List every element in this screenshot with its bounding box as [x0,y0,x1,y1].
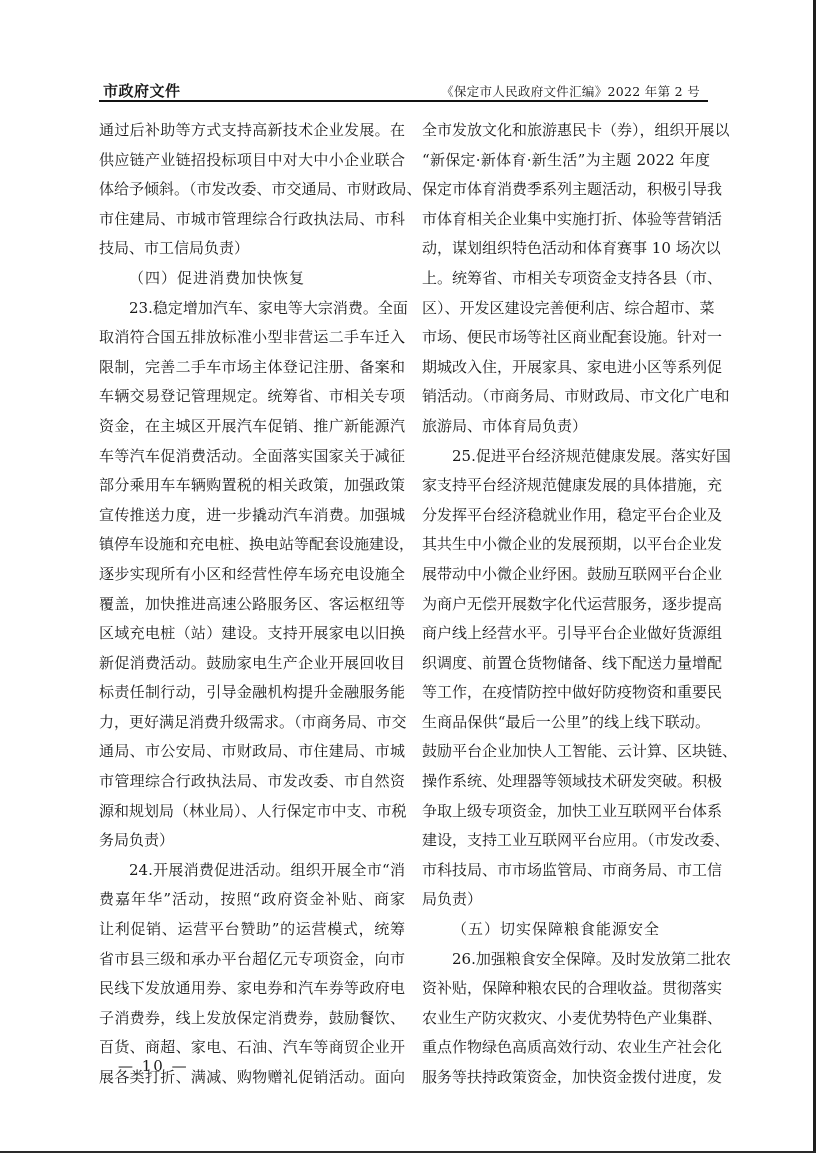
running-header: 市政府文件 《保定市人民政府文件汇编》2022 年第 2 号 [99,80,708,100]
text-line: 家支持平台经济规范健康发展的具体措施，充 [422,471,710,501]
text-line: 逐步实现所有小区和经营性停车场充电设施全 [99,560,405,590]
scan-edge-bottom [0,1151,816,1153]
text-line: 务局负责） [99,826,405,856]
text-line: 区域充电桩（站）建设。支持开展家电以旧换 [99,619,405,649]
text-line: 其共生中小微企业的发展预期，以平台企业发 [422,530,710,560]
text-line: 力，更好满足消费升级需求。（市商务局、市交 [99,708,405,738]
text-line: 省市县三级和承办平台超亿元专项资金，向市 [99,945,405,975]
text-line: 通过后补助等方式支持高新技术企业发展。在 [99,116,405,146]
text-line: 24.开展消费促进活动。组织开展全市“消 [99,856,405,886]
text-line: 服务等扶持政策资金，加快资金拨付进度，发 [422,1063,710,1093]
text-line: 新促消费活动。鼓励家电生产企业开展回收目 [99,649,405,679]
text-line: 供应链产业链招投标项目中对大中小企业联合 [99,146,405,176]
text-line: 限制，完善二手车市场主体登记注册、备案和 [99,353,405,383]
text-line: 旅游局、市体育局负责） [422,412,710,442]
text-line: 子消费券，线上发放保定消费券，鼓励餐饮、 [99,1004,405,1034]
text-line: 动，谋划组织特色活动和体育赛事 10 场次以 [422,234,710,264]
header-publication-title: 《保定市人民政府文件汇编》2022 年第 2 号 [441,82,700,100]
text-line: 让利促销、运营平台赞助”的运营模式，统筹 [99,915,405,945]
text-line: 车等汽车促消费活动。全面落实国家关于减征 [99,442,405,472]
text-line: 全市发放文化和旅游惠民卡（券），组织开展以 [422,116,710,146]
text-line: 费嘉年华”活动，按照“政府资金补贴、商家 [99,885,405,915]
text-line: 23.稳定增加汽车、家电等大宗消费。全面 [99,294,405,324]
text-line: 销活动。（市商务局、市财政局、市文化广电和 [422,382,710,412]
section-heading: （五）切实保障粮食能源安全 [422,915,710,945]
text-line: 市科技局、市市场监管局、市商务局、市工信 [422,856,710,886]
text-line: 部分乘用车车辆购置税的相关政策，加强政策 [99,471,405,501]
text-line: 争取上级专项资金，加快工业互联网平台体系 [422,797,710,827]
section-heading: （四）促进消费加快恢复 [99,264,405,294]
text-line: 取消符合国五排放标准小型非营运二手车迁入 [99,323,405,353]
header-section-title: 市政府文件 [103,80,181,101]
text-line: 市场、便民市场等社区商业配套设施。针对一 [422,323,710,353]
text-line: 市管理综合行政执法局、市发改委、市自然资 [99,767,405,797]
text-line: 为商户无偿开展数字化代运营服务，逐步提高 [422,590,710,620]
text-line: 局负责） [422,885,710,915]
text-line: 25.促进平台经济规范健康发展。落实好国 [422,442,710,472]
text-line: 分发挥平台经济稳就业作用，稳定平台企业及 [422,501,710,531]
text-line: 期城改入住，开展家具、家电进小区等系列促 [422,353,710,383]
text-line: 市住建局、市城市管理综合行政执法局、市科 [99,205,405,235]
text-line: 建设，支持工业互联网平台应用。（市发改委、 [422,826,710,856]
text-line: 商户线上经营水平。引导平台企业做好货源组 [422,619,710,649]
text-line: 区）、开发区建设完善便利店、综合超市、菜 [422,294,710,324]
text-line: 体给予倾斜。（市发改委、市交通局、市财政局、 [99,175,405,205]
text-line: 保定市体育消费季系列主题活动，积极引导我 [422,175,710,205]
text-line: “新保定·新体育·新生活”为主题 2022 年度 [422,146,710,176]
text-line: 资补贴，保障种粮农民的合理收益。贯彻落实 [422,974,710,1004]
text-line: 民线下发放通用券、家电券和汽车券等政府电 [99,974,405,1004]
text-line: 展带动中小微企业纾困。鼓励互联网平台企业 [422,560,710,590]
text-line: 生商品保供“最后一公里”的线上线下联动。 [422,708,710,738]
text-line: 织调度、前置仓货物储备、线下配送力量增配 [422,649,710,679]
page-number: — 10 — [118,1057,189,1075]
left-column: 通过后补助等方式支持高新技术企业发展。在供应链产业链招投标项目中对大中小企业联合… [99,116,405,1093]
text-line: 操作系统、处理器等领域技术研发突破。积极 [422,767,710,797]
text-line: 市体育相关企业集中实施打折、体验等营销活 [422,205,710,235]
text-line: 镇停车设施和充电桩、换电站等配套设施建设， [99,530,405,560]
text-line: 覆盖，加快推进高速公路服务区、客运枢纽等 [99,590,405,620]
text-line: 宣传推送力度，进一步撬动汽车消费。加强城 [99,501,405,531]
text-line: 鼓励平台企业加快人工智能、云计算、区块链、 [422,737,710,767]
text-line: 26.加强粮食安全保障。及时发放第二批农 [422,945,710,975]
text-line: 农业生产防灾救灾、小麦优势特色产业集群、 [422,1004,710,1034]
text-line: 等工作，在疫情防控中做好防疫物资和重要民 [422,678,710,708]
header-rule [99,100,708,102]
text-line: 源和规划局（林业局）、人行保定市中支、市税 [99,797,405,827]
text-line: 重点作物绿色高质高效行动、农业生产社会化 [422,1033,710,1063]
text-line: 标责任制行动，引导金融机构提升金融服务能 [99,678,405,708]
text-line: 车辆交易登记管理规定。统筹省、市相关专项 [99,382,405,412]
text-line: 技局、市工信局负责） [99,234,405,264]
right-column: 全市发放文化和旅游惠民卡（券），组织开展以“新保定·新体育·新生活”为主题 20… [422,116,710,1093]
text-line: 上。统筹省、市相关专项资金支持各县（市、 [422,264,710,294]
text-line: 资金，在主城区开展汽车促销、推广新能源汽 [99,412,405,442]
text-line: 通局、市公安局、市财政局、市住建局、市城 [99,737,405,767]
